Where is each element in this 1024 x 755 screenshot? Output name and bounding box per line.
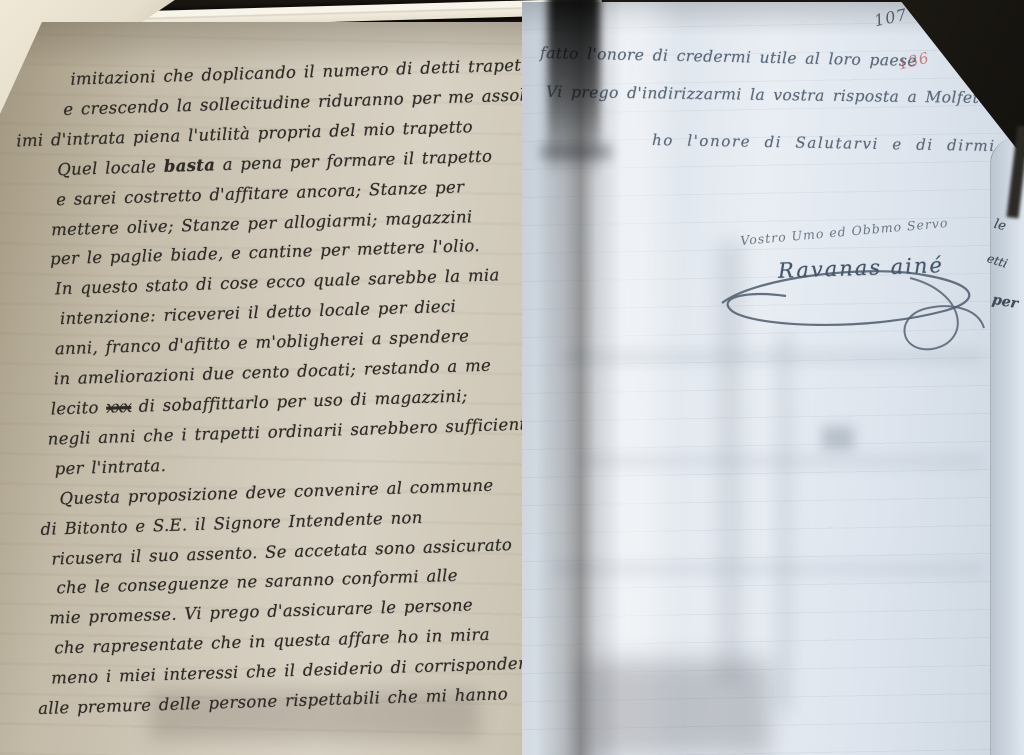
struck-word: xxx — [106, 397, 132, 417]
line-fragment: di sobaffittarlo per uso di magazzini; — [131, 386, 468, 416]
valediction-line: Vostro Umo ed Obbmo Servo — [740, 215, 949, 248]
vertical-streak — [777, 332, 793, 712]
gutter-shadow-top — [548, 0, 600, 177]
folio-number-ink: 107 — [872, 5, 909, 31]
ghost-writing-band — [582, 454, 982, 468]
line-fragment: lecito — [50, 398, 106, 419]
manuscript-photo: imitazioni che doplicando il numero di d… — [0, 0, 1024, 755]
line-fragment: Quel locale — [57, 157, 164, 179]
left-page-text: imitazioni che doplicando il numero di d… — [30, 50, 562, 724]
letter-line: ho l'onore di Salutarvi e di dirmi — [652, 131, 996, 155]
overwritten-word: basta — [164, 155, 216, 176]
ink-stain — [822, 426, 854, 450]
left-page: imitazioni che doplicando il numero di d… — [0, 22, 588, 755]
line-fragment: a pena per formare il trapetto — [215, 146, 493, 174]
